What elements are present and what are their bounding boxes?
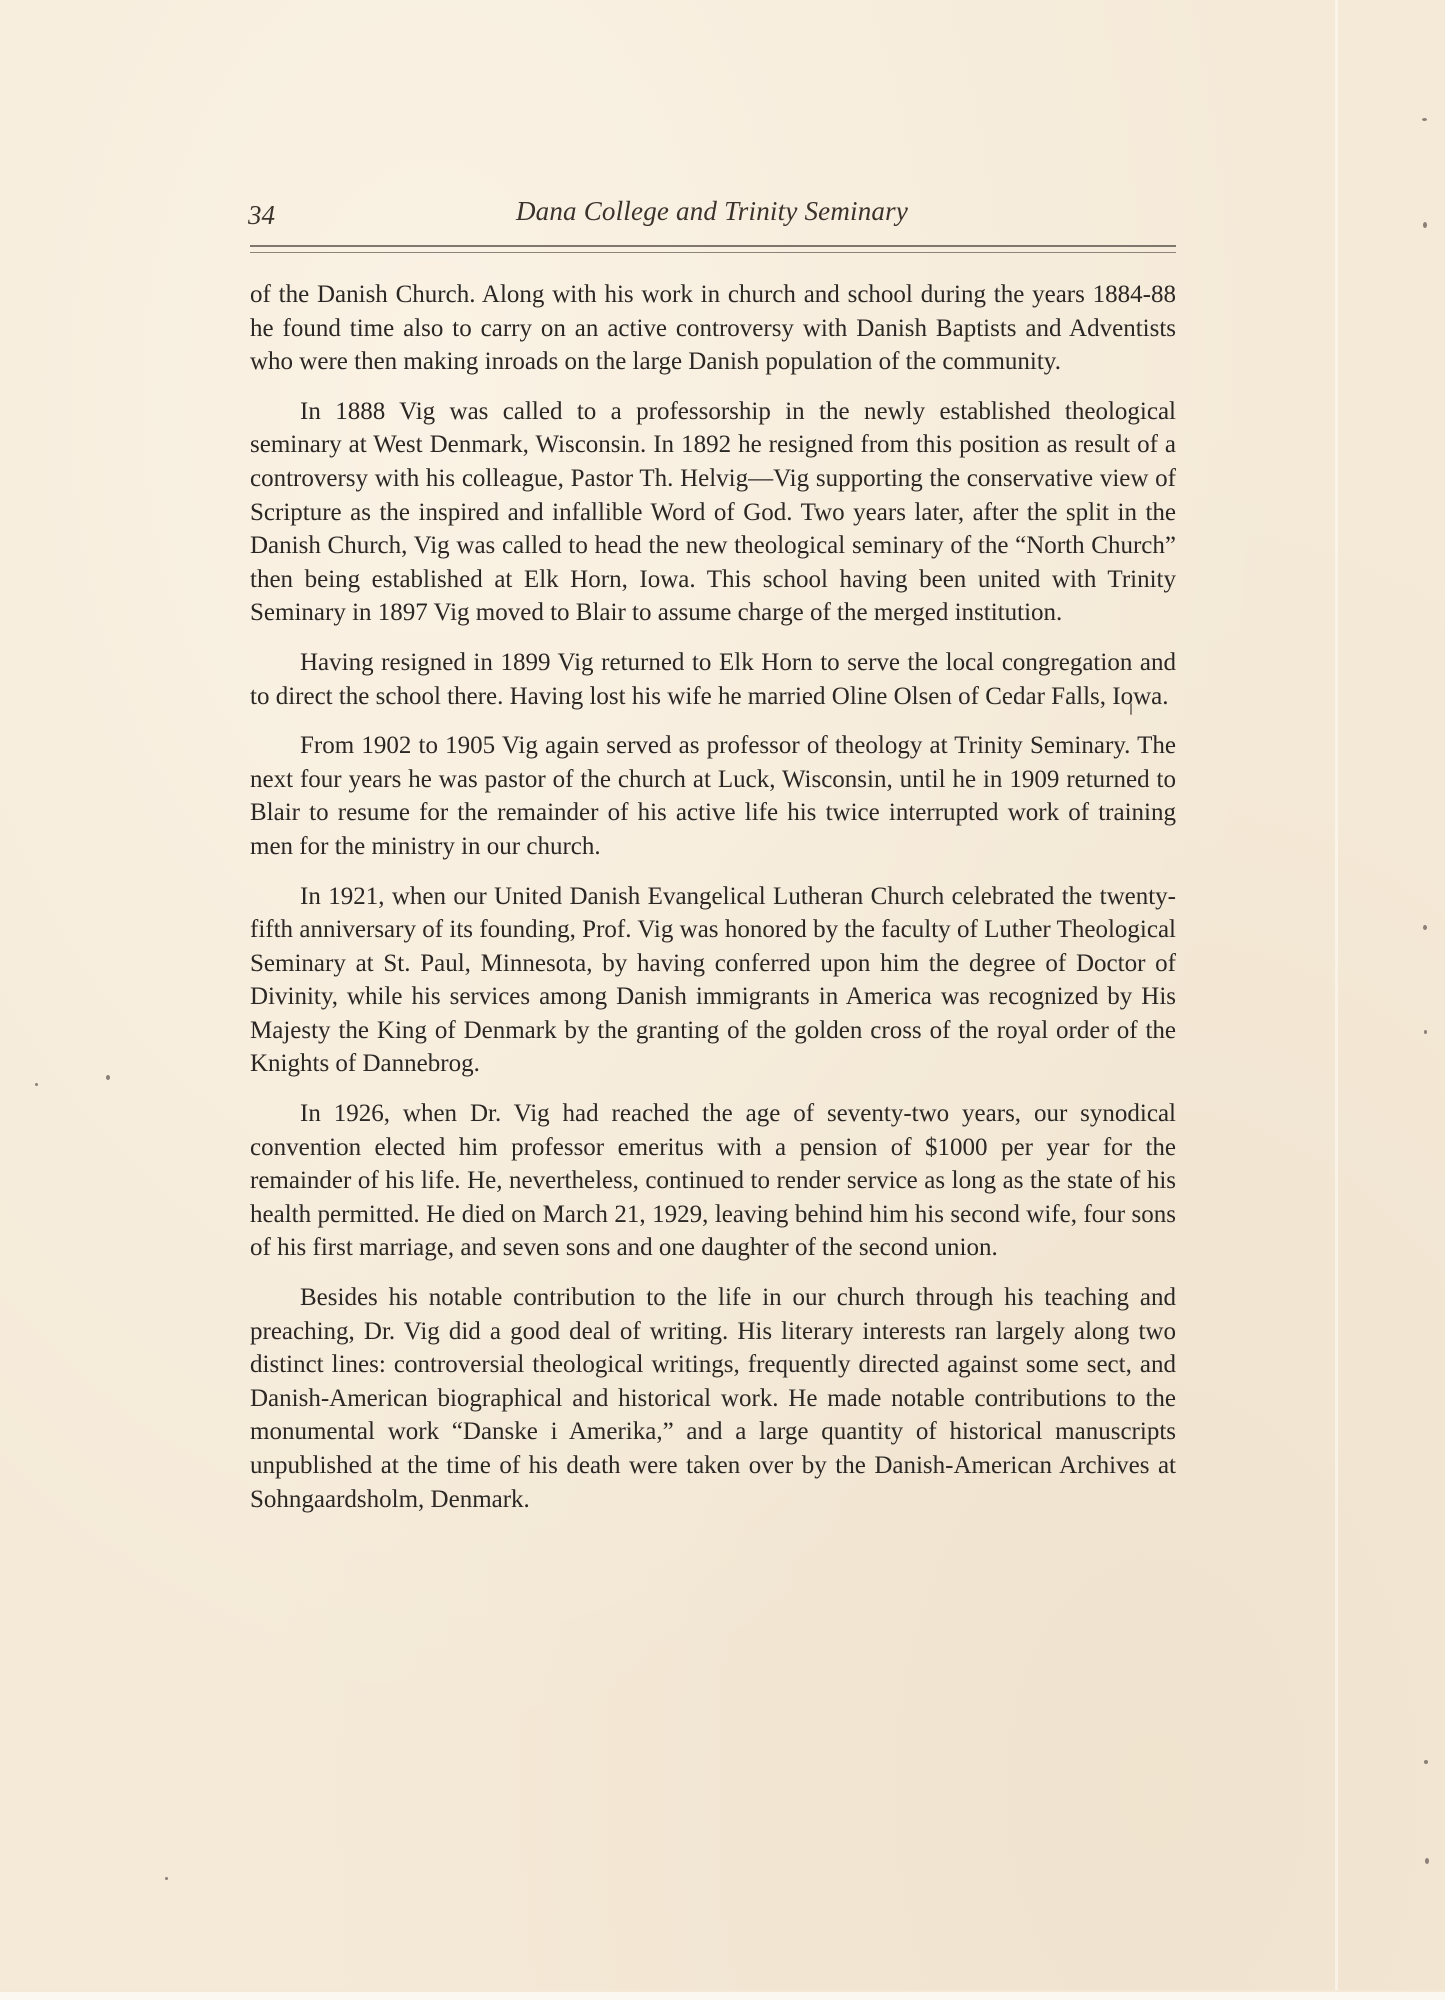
scan-speck: [1424, 1030, 1427, 1034]
scan-speck: [1423, 925, 1427, 930]
running-title: Dana College and Trinity Seminary: [248, 196, 1176, 227]
scan-speck: [1425, 1858, 1429, 1864]
scan-speck: [1130, 703, 1132, 715]
paragraph-5: In 1921, when our United Danish Evangeli…: [250, 880, 1176, 1082]
page-header: 34 Dana College and Trinity Seminary: [248, 196, 1176, 236]
header-double-rule: [250, 245, 1176, 253]
scan-speck: [1422, 118, 1427, 121]
paragraph-7: Besides his notable contribution to the …: [250, 1281, 1176, 1516]
scan-speck: [165, 1877, 168, 1880]
scan-speck: [35, 1083, 38, 1086]
paragraph-3: Having resigned in 1899 Vig returned to …: [250, 646, 1176, 713]
paragraph-6: In 1926, when Dr. Vig had reached the ag…: [250, 1097, 1176, 1265]
paper-fold-line: [1335, 0, 1338, 1990]
scan-speck: [1424, 1760, 1428, 1764]
paragraph-4: From 1902 to 1905 Vig again served as pr…: [250, 729, 1176, 863]
paragraph-1-continued: of the Danish Church. Along with his wor…: [250, 278, 1176, 379]
scan-speck: [1423, 222, 1427, 228]
paragraph-2: In 1888 Vig was called to a professorshi…: [250, 395, 1176, 630]
scan-speck: [106, 1075, 110, 1080]
body-text: of the Danish Church. Along with his wor…: [250, 278, 1176, 1532]
page-bottom-edge: [0, 1992, 1445, 2000]
